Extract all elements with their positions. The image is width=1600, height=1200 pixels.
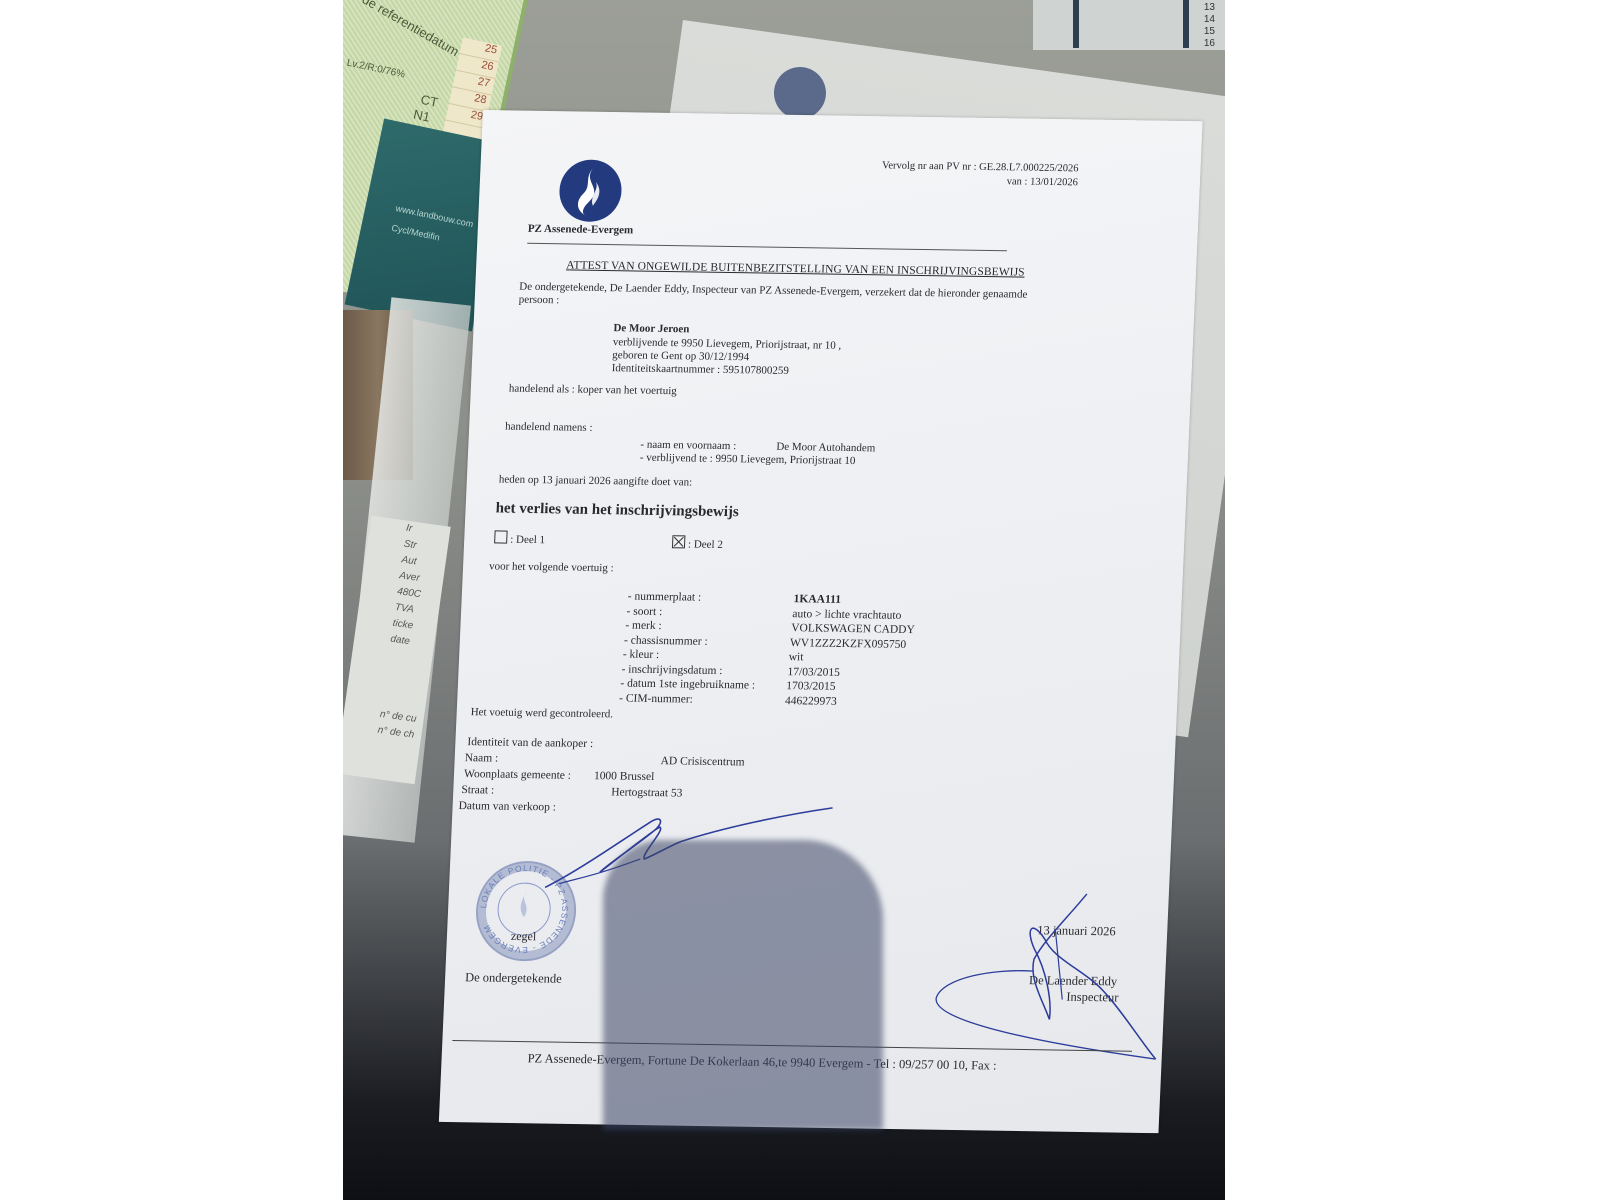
- pv-reference: Vervolg nr aan PV nr : GE.28.L7.000225/2…: [882, 160, 1079, 174]
- part-2-label: : Deel 2: [688, 538, 723, 551]
- issuer-signature-icon: [929, 888, 1177, 1072]
- vehicle-field-label: - inschrijvingsdatum :: [621, 663, 722, 677]
- vehicle-field-label: - CIM-nummer:: [619, 692, 693, 705]
- behalf-name-label: - naam en voornaam :: [640, 439, 736, 453]
- vehicle-field-value: 17/03/2015: [787, 666, 840, 679]
- calendar-day: 16: [1204, 38, 1215, 49]
- vehicle-field-value: 446229973: [785, 695, 837, 708]
- green-form-text: Lv.2/R:0/76%: [346, 57, 406, 80]
- vehicle-field-value: 1KAA111: [793, 593, 841, 606]
- vehicle-field-value: VOLKSWAGEN CADDY: [791, 622, 915, 636]
- vehicle-intro: voor het volgende voertuig :: [489, 560, 614, 574]
- document-photo: de referentiedatum Lv.2/R:0/76% CT N1 25…: [343, 0, 1225, 1200]
- organization-name: PZ Assenede-Evergem: [528, 223, 634, 237]
- unchecked-box-icon: [494, 530, 508, 543]
- checked-box-icon: [672, 535, 686, 548]
- green-form-text: N1: [412, 107, 431, 125]
- vehicle-checked-note: Het voetuig werd gecontroleerd.: [470, 706, 613, 720]
- loss-heading: het verlies van het inschrijvingsbewijs: [495, 500, 739, 521]
- vehicle-field-value: WV1ZZZ2KZFX095750: [790, 637, 907, 651]
- vehicle-field-label: - nummerplaat :: [628, 591, 702, 604]
- behalf-name-value: De Moor Autohandem: [776, 441, 875, 455]
- teal-card-text: Cycl/Medifin: [391, 223, 441, 243]
- calendar-day: 13: [1204, 2, 1215, 13]
- vehicle-field-label: - chassisnummer :: [624, 634, 708, 647]
- green-form-text: de referentiedatum: [360, 0, 462, 59]
- background-calendar-strip: 13 14 15 16: [1033, 0, 1225, 50]
- signatory-left-label: De ondergetekende: [465, 970, 562, 987]
- seal-label: zegel: [511, 929, 537, 944]
- vehicle-field-label: - kleur :: [623, 649, 660, 662]
- intro-text: persoon :: [518, 294, 559, 307]
- vehicle-field-label: - datum 1ste ingebruikname :: [620, 677, 755, 691]
- buyer-name-value: AD Crisiscentrum: [660, 755, 744, 768]
- vehicle-field-value: wit: [788, 651, 803, 663]
- calendar-day: 15: [1204, 26, 1215, 37]
- vehicle-field-value: auto > lichte vrachtauto: [792, 608, 901, 622]
- calendar-day: 14: [1204, 14, 1215, 25]
- buyer-street-label: Straat :: [461, 784, 494, 797]
- intro-text: De ondergetekende, De Laender Eddy, Insp…: [519, 281, 1028, 301]
- buyer-name-label: Naam :: [464, 752, 498, 765]
- part-1-checkbox[interactable]: : Deel 1: [494, 530, 545, 546]
- vehicle-field-value: 1703/2015: [786, 680, 836, 693]
- person-name: De Moor Jeroen: [613, 322, 689, 335]
- police-logo-icon: [558, 159, 623, 222]
- behalf-residence: - verblijvend te : 9950 Lievegem, Priori…: [640, 452, 856, 467]
- person-id-card: Identiteitskaartnummer : 595107800259: [611, 362, 789, 377]
- buyer-city-label: Woonplaats gemeente :: [464, 768, 571, 782]
- acting-on-behalf-label: handelend namens :: [505, 421, 593, 434]
- buyer-heading: Identiteit van de aankoper :: [467, 736, 593, 750]
- calendar-divider: [1183, 0, 1189, 48]
- buyer-city-value: 1000 Brussel: [594, 770, 655, 783]
- police-logo-icon: [771, 64, 830, 123]
- photographer-shadow: [603, 840, 883, 1130]
- declaration-text: heden op 13 januari 2026 aangifte doet v…: [499, 473, 693, 488]
- pv-date: van : 13/01/2026: [1007, 176, 1079, 188]
- part-1-label: : Deel 1: [510, 534, 545, 547]
- part-2-checkbox[interactable]: : Deel 2: [672, 535, 723, 551]
- header-rule: [527, 243, 1007, 252]
- buyer-street-value: Hertogstraat 53: [611, 786, 683, 799]
- person-born: geboren te Gent op 30/12/1994: [612, 349, 749, 363]
- document-title: ATTEST VAN ONGEWILDE BUITENBEZITSTELLING…: [566, 259, 1025, 278]
- vehicle-field-label: - soort :: [626, 605, 662, 618]
- calendar-divider: [1073, 0, 1079, 48]
- acting-as: handelend als : koper van het voertuig: [509, 383, 677, 398]
- vehicle-field-label: - merk :: [625, 620, 662, 633]
